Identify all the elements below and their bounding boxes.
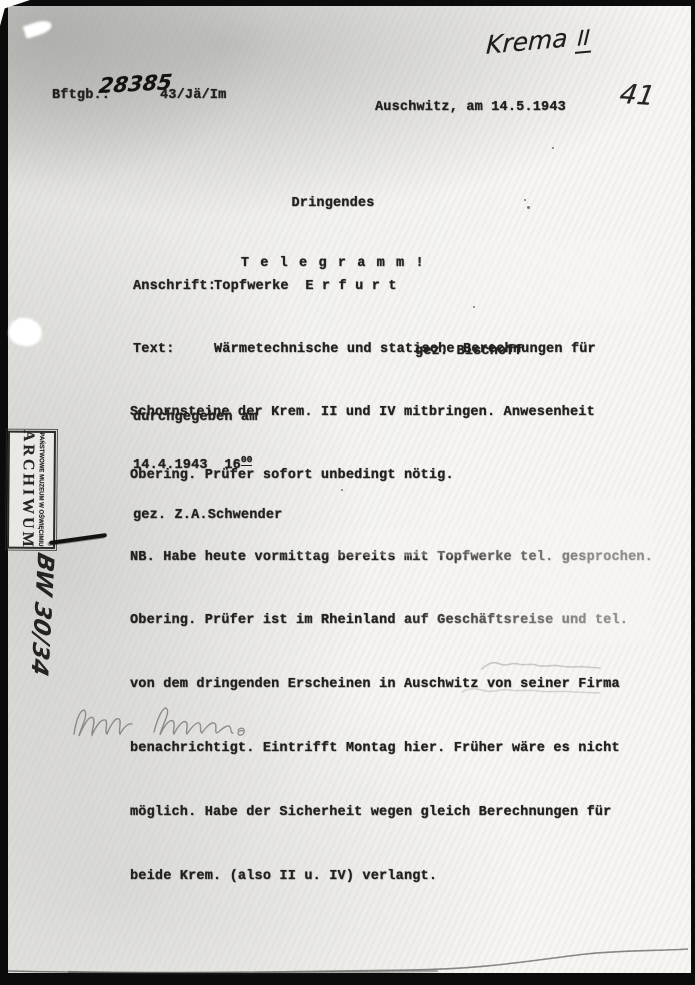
ink-speckle xyxy=(341,489,343,491)
transmitted-label: durchgegeben am xyxy=(133,411,282,425)
ink-speckle xyxy=(552,147,554,149)
nb-line: Obering. Prüfer ist im Rheinland auf Ges… xyxy=(130,610,653,631)
handwritten-ink-signature xyxy=(66,692,281,752)
transmitted-datetime: 14.4.1943 1600 xyxy=(133,453,282,473)
stamp-museum-line: PAŃSTWOWE MUZEUM W OŚWIĘCIMIU xyxy=(37,433,45,547)
nb-line: NB. Habe heute vormittag bereits mit Top… xyxy=(130,547,653,568)
scan-edge-artifact xyxy=(0,0,7,26)
archive-stamp: PAŃSTWOWE MUZEUM W OŚWIĘCIMIU ARCHIWUM xyxy=(10,431,56,547)
title-line1: Dringendes xyxy=(173,193,493,214)
telegram-text-line1: Wärmetechnische und statische Berechnung… xyxy=(214,339,596,360)
stamp-archiwum-line: ARCHIWUM xyxy=(18,430,37,550)
nb-line: beide Krem. (also II u. IV) verlangt. xyxy=(130,866,653,887)
text-row: Text: Wärmetechnische und statische Bere… xyxy=(133,339,596,360)
transmitted-time-superscript: 00 xyxy=(241,454,252,466)
ink-speckle xyxy=(524,199,526,201)
anschrift-row: Anschrift: Topfwerke E r f u r t xyxy=(133,276,596,297)
paper-edge-shadow xyxy=(8,941,691,975)
reference-suffix: 43/Jä/Im xyxy=(160,85,226,106)
ink-speckle xyxy=(527,206,530,209)
anschrift-label: Anschrift: xyxy=(133,276,214,297)
handwritten-leaf-number: 41 xyxy=(617,79,657,112)
handwritten-archive-signature: BW 30/34 xyxy=(6,554,62,704)
nb-line: möglich. Habe der Sicherheit wegen gleic… xyxy=(130,802,653,823)
archive-signature-text: BW 30/34 xyxy=(26,550,58,679)
anschrift-value: Topfwerke E r f u r t xyxy=(214,276,397,297)
pencil-note-squiggle xyxy=(478,655,608,677)
pencil-note-squiggle xyxy=(458,680,608,702)
transmitted-date: 14.4.1943 16 xyxy=(133,458,241,473)
scanned-document-page: Krema II 41 Bftgb.: 28385 43/Jä/Im Ausch… xyxy=(0,0,695,985)
ink-speckle xyxy=(473,306,475,308)
dateline: Auschwitz, am 14.5.1943 xyxy=(375,97,566,118)
signature-typed-bischoff: gez. Bischoff xyxy=(415,341,523,362)
krema-numeral: II xyxy=(575,25,593,54)
text-label: Text: xyxy=(133,339,214,360)
archive-stamp-box: PAŃSTWOWE MUZEUM W OŚWIĘCIMIU ARCHIWUM xyxy=(7,431,56,549)
